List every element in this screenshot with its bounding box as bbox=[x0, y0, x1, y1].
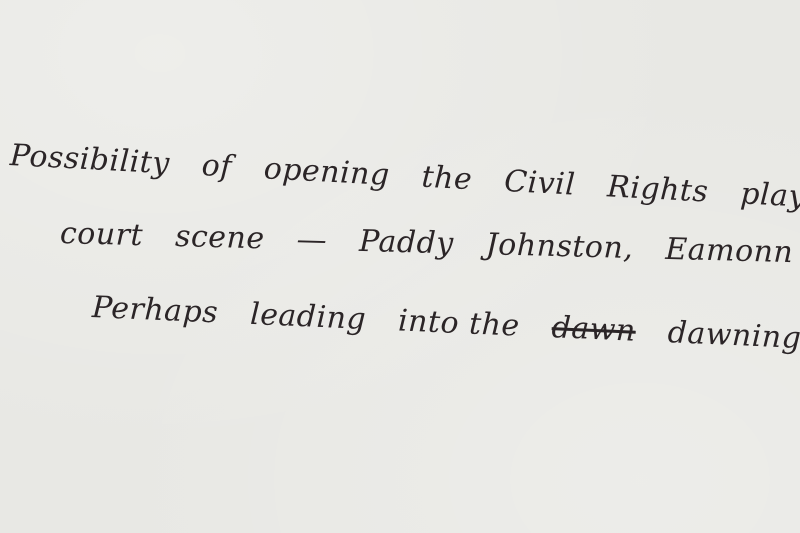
word: of bbox=[201, 148, 233, 185]
struck-out-word: dawn bbox=[551, 310, 637, 349]
word: Paddy bbox=[359, 224, 454, 261]
word: court bbox=[60, 216, 144, 253]
handwritten-line-1: Possibility of opening the Civil Rights … bbox=[9, 138, 800, 216]
word: Rights bbox=[606, 169, 709, 209]
word: Perhaps bbox=[91, 290, 219, 330]
word: Eamonn bbox=[665, 232, 794, 270]
handwritten-line-2: court scene — Paddy Johnston, Eamonn M bbox=[60, 216, 800, 272]
word: play bbox=[739, 176, 800, 214]
word: scene bbox=[175, 219, 265, 256]
word: the bbox=[421, 160, 473, 198]
dash: — bbox=[296, 222, 327, 258]
word: Johnston, bbox=[485, 227, 633, 266]
word: opening bbox=[263, 151, 391, 193]
word: into the bbox=[397, 303, 520, 343]
word: Civil bbox=[503, 164, 576, 203]
handwritten-line-3: Perhaps leading into the dawn dawning of bbox=[91, 290, 800, 360]
word: Possibility bbox=[9, 138, 171, 181]
word: dawning bbox=[667, 315, 800, 356]
paper-sheet: Possibility of opening the Civil Rights … bbox=[0, 0, 800, 533]
word: leading bbox=[249, 297, 366, 337]
